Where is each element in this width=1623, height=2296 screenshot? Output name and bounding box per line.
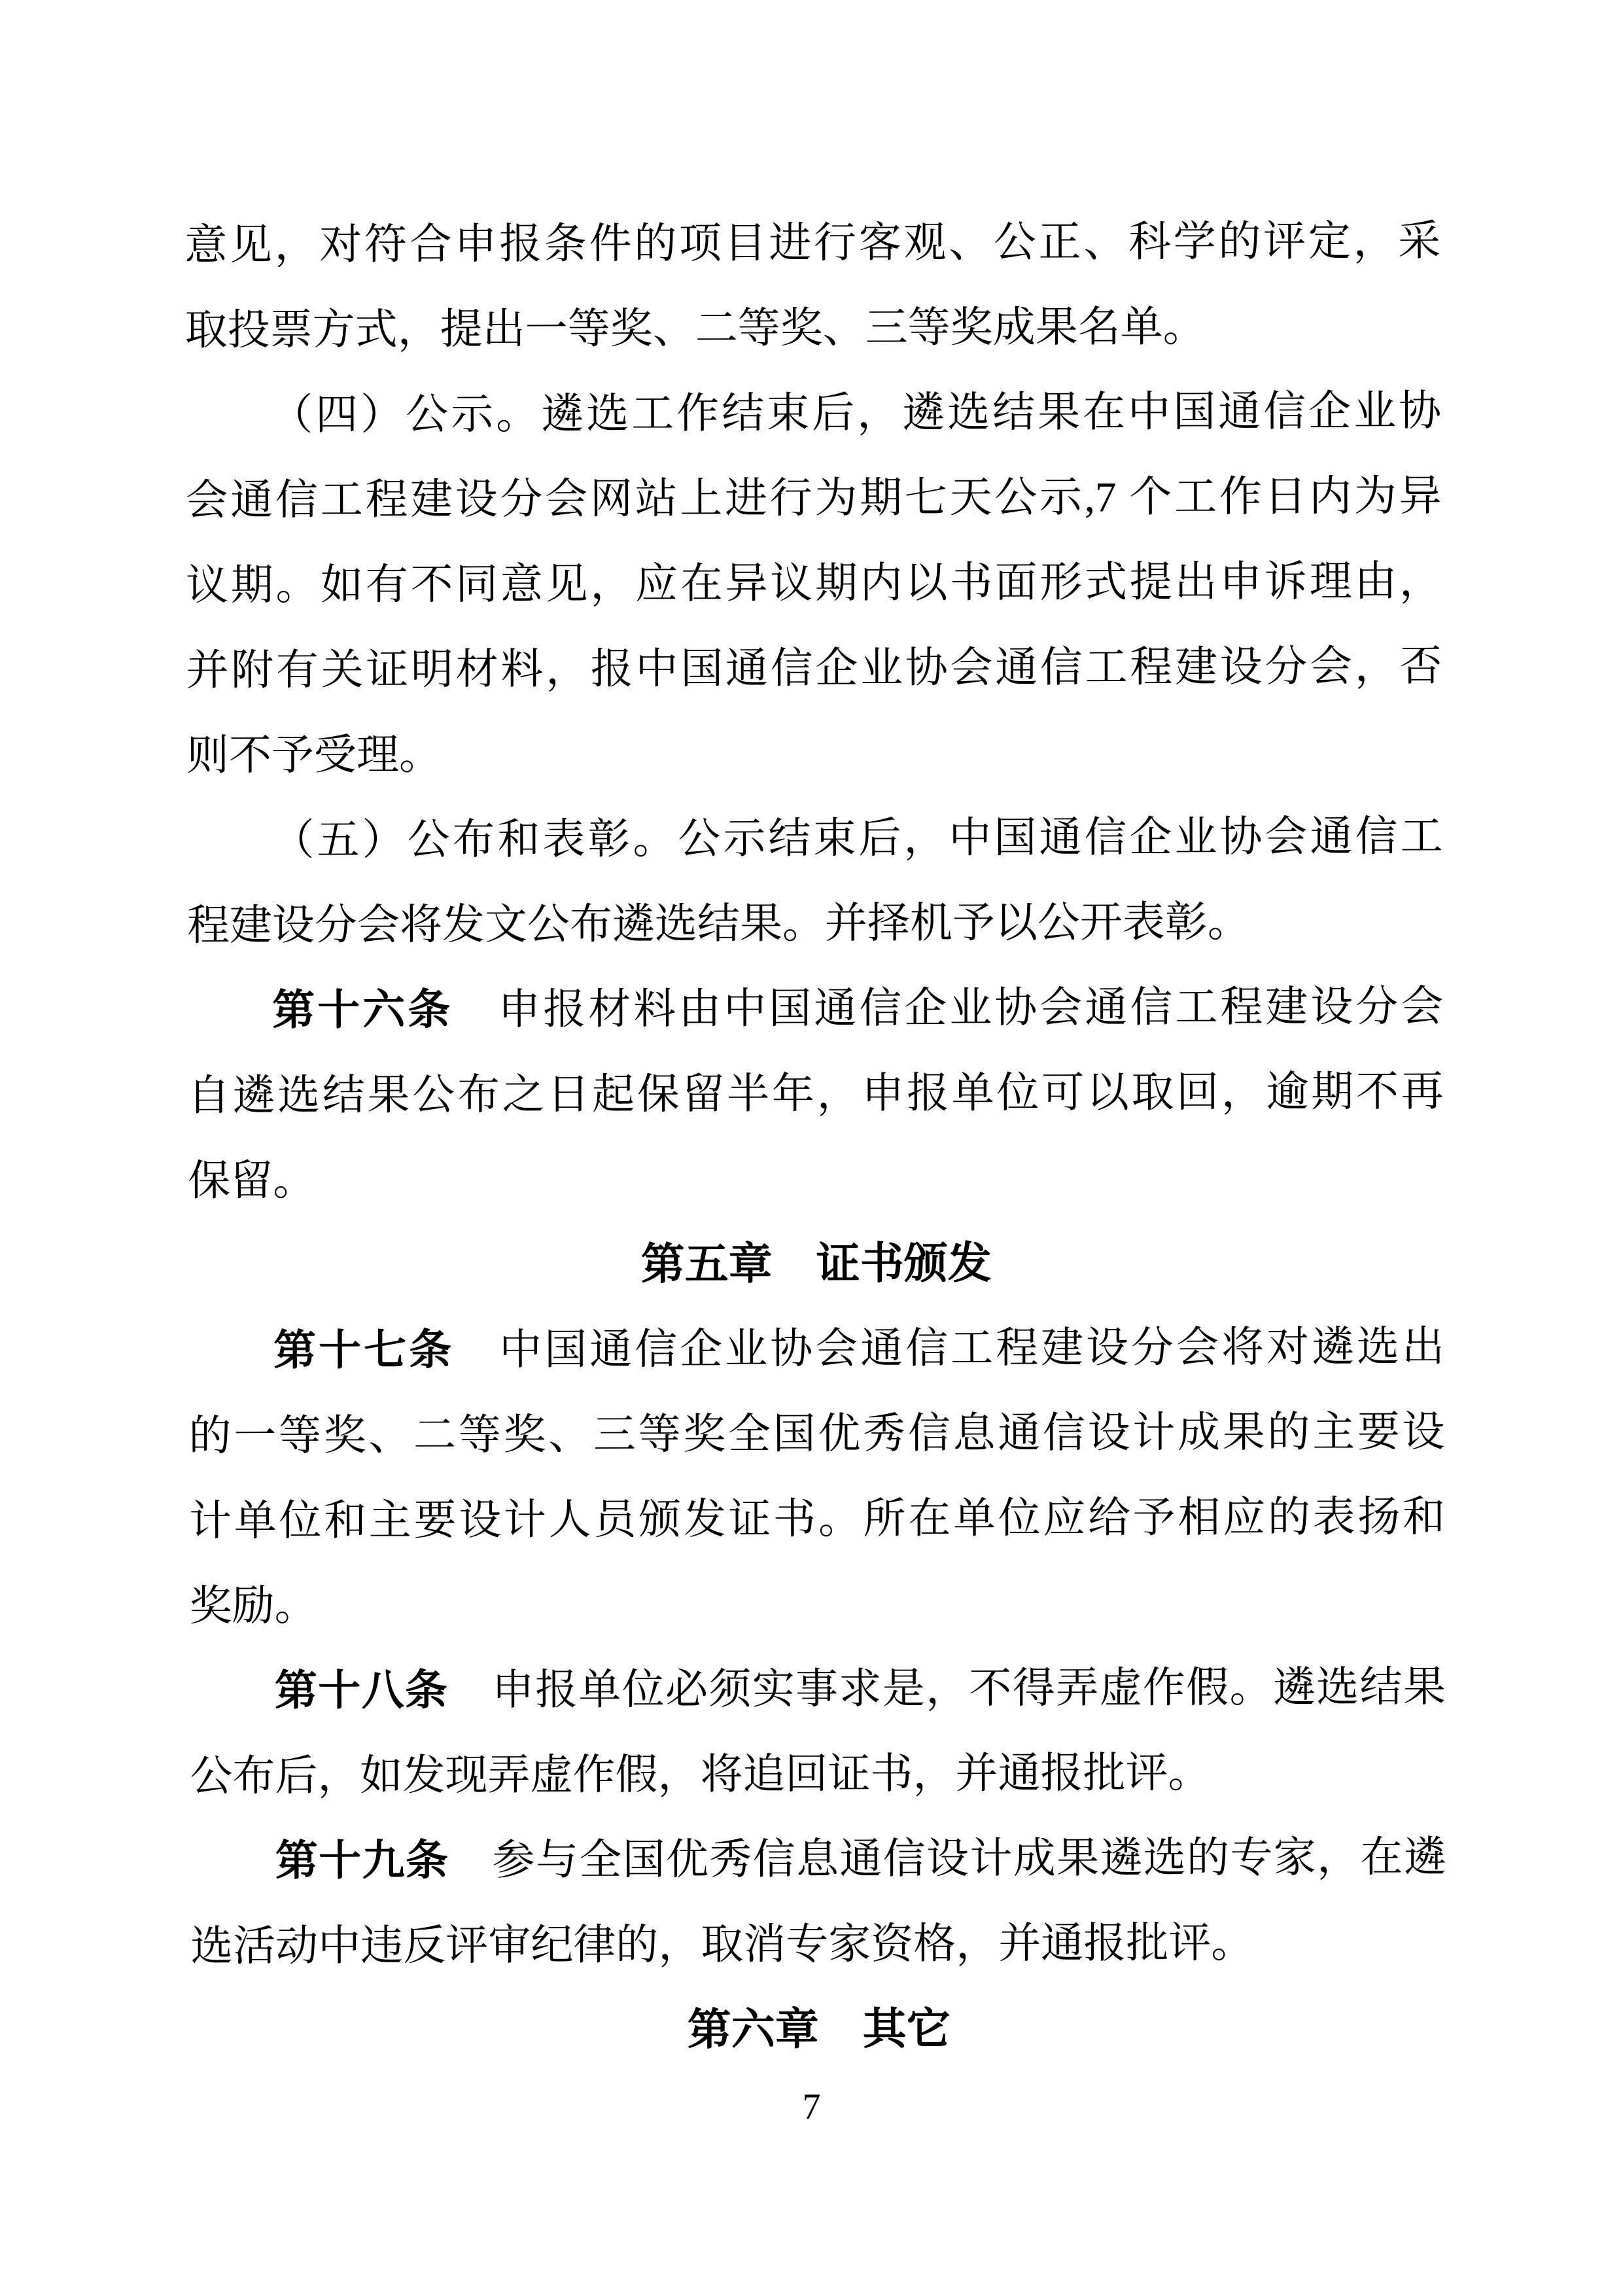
document-line: 意见，对符合申报条件的项目进行客观、公正、科学的评定，采 <box>184 199 1440 289</box>
line-text: 公布后，如发现弄虚作假，将追回证书，并通报批评。 <box>190 1750 1210 1800</box>
line-text: 并附有关证明材料，报中国通信企业协会通信工程建设分会，否 <box>186 643 1442 695</box>
document-line: 第十七条 中国通信企业协会通信工程建设分会将对遴选出 <box>188 1305 1444 1394</box>
article-number: 第十七条 <box>273 1327 454 1375</box>
article-number: 第十六条 <box>272 987 453 1034</box>
document-line: 并附有关证明材料，报中国通信企业协会通信工程建设分会，否 <box>186 624 1442 714</box>
line-text: （四）公示。遴选工作结束后，遴选结果在中国通信企业协 <box>270 388 1441 439</box>
page-number: 7 <box>0 2084 1623 2130</box>
line-text: 申报单位必须实事求是，不得弄虚作假。遴选结果 <box>448 1664 1446 1714</box>
document-line: 第十九条 参与全国优秀信息通信设计成果遴选的专家，在遴 <box>190 1815 1446 1905</box>
document-line: 第十六条 申报材料由中国通信企业协会通信工程建设分会 <box>187 964 1443 1054</box>
line-text: 则不予受理。 <box>186 732 442 779</box>
document-line: 程建设分会将发文公布遴选结果。并择机予以公开表彰。 <box>187 879 1443 969</box>
article-number: 第十九条 <box>275 1837 449 1885</box>
line-text: 保留。 <box>188 1157 315 1205</box>
line-text: 取投票方式，提出一等奖、二等奖、三等奖成果名单。 <box>185 304 1206 354</box>
document-line: 奖励。 <box>189 1560 1445 1650</box>
line-text: 中国通信企业协会通信工程建设分会将对遴选出 <box>454 1324 1444 1374</box>
line-text: （五）公布和表彰。公示结束后，中国通信企业协会通信工 <box>271 813 1442 864</box>
line-text: 申报材料由中国通信企业协会通信工程建设分会 <box>453 983 1443 1034</box>
document-line: （四）公示。遴选工作结束后，遴选结果在中国通信企业协 <box>185 369 1441 459</box>
document-line: 取投票方式，提出一等奖、二等奖、三等奖成果名单。 <box>184 284 1440 374</box>
line-text: 意见，对符合申报条件的项目进行客观、公正、科学的评定，采 <box>184 218 1440 270</box>
document-line: 则不予受理。 <box>186 709 1442 799</box>
document-line: 计单位和主要设计人员颁发证书。所在单位应给予相应的表扬和 <box>189 1475 1445 1564</box>
document-line: （五）公布和表彰。公示结束后，中国通信企业协会通信工 <box>186 794 1442 884</box>
document-page: 意见，对符合申报条件的项目进行客观、公正、科学的评定，采 取投票方式，提出一等奖… <box>0 0 1623 2296</box>
document-line: 议期。如有不同意见，应在异议期内以书面形式提出申诉理由， <box>186 539 1442 629</box>
line-text: 会通信工程建设分会网站上进行为期七天公示,7 个工作日内为异 <box>185 473 1441 525</box>
line-text: 议期。如有不同意见，应在异议期内以书面形式提出申诉理由， <box>186 558 1442 610</box>
document-body: 意见，对符合申报条件的项目进行客观、公正、科学的评定，采 取投票方式，提出一等奖… <box>184 199 1447 2075</box>
document-line: 第十八条 申报单位必须实事求是，不得弄虚作假。遴选结果 <box>190 1645 1446 1735</box>
document-line: 保留。 <box>188 1135 1444 1224</box>
document-line: 的一等奖、二等奖、三等奖全国优秀信息通信设计成果的主要设 <box>188 1390 1444 1479</box>
line-text: 计单位和主要设计人员颁发证书。所在单位应给予相应的表扬和 <box>189 1494 1445 1545</box>
document-line: 会通信工程建设分会网站上进行为期七天公示,7 个工作日内为异 <box>185 454 1441 544</box>
document-line: 公布后，如发现弄虚作假，将追回证书，并通报批评。 <box>190 1730 1446 1820</box>
document-line: 选活动中违反评审纪律的，取消专家资格，并通报批评。 <box>190 1900 1446 1990</box>
line-text: 选活动中违反评审纪律的，取消专家资格，并通报批评。 <box>190 1920 1253 1971</box>
line-text: 奖励。 <box>189 1583 317 1631</box>
line-text: 自遴选结果公布之日起保留半年，申报单位可以取回，逾期不再 <box>188 1069 1444 1120</box>
line-text: 的一等奖、二等奖、三等奖全国优秀信息通信设计成果的主要设 <box>188 1409 1444 1460</box>
line-text: 参与全国优秀信息通信设计成果遴选的专家，在遴 <box>449 1834 1446 1884</box>
line-text: 程建设分会将发文公布遴选结果。并择机予以公开表彰。 <box>187 899 1250 950</box>
article-number: 第十八条 <box>275 1667 449 1715</box>
chapter-6-heading: 第六章 其它 <box>191 1985 1447 2075</box>
chapter-5-heading: 第五章 证书颁发 <box>188 1220 1444 1309</box>
document-line: 自遴选结果公布之日起保留半年，申报单位可以取回，逾期不再 <box>188 1050 1444 1139</box>
